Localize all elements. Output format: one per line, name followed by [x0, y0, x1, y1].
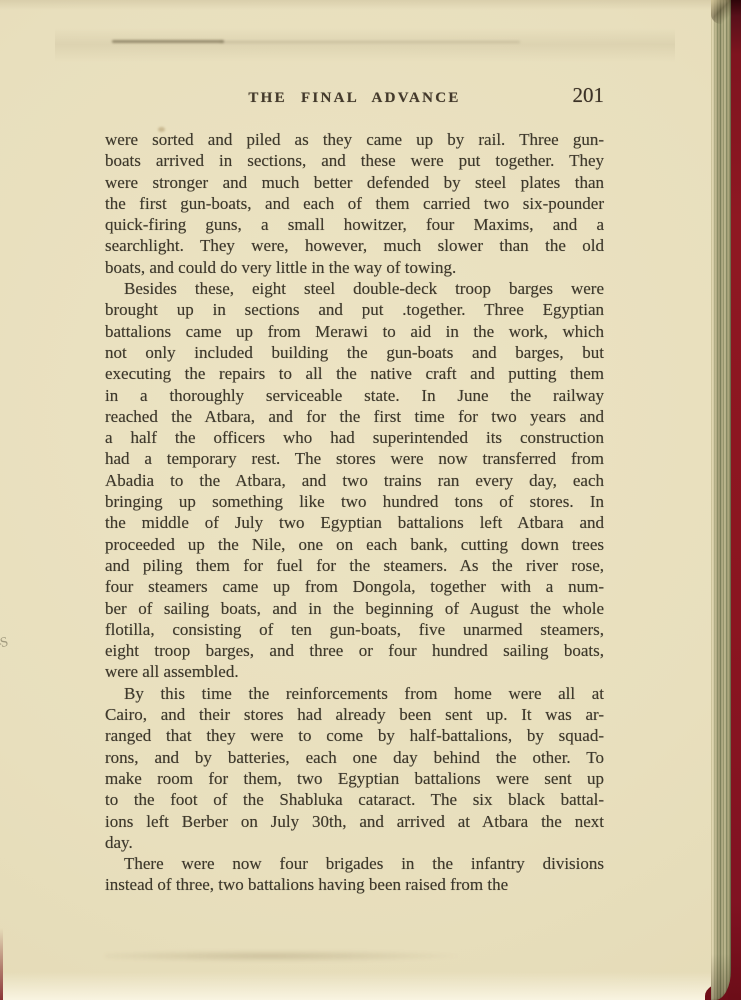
running-title: THE FINAL ADVANCE: [105, 90, 604, 107]
text-line: proceeded up the Nile, one on each bank,…: [105, 534, 604, 555]
text-line: day.: [105, 832, 604, 853]
body-text: were sorted and piled as they came up by…: [105, 129, 604, 896]
text-line: eight troop barges, and three or four hu…: [105, 640, 604, 661]
text-line: and piling them for fuel for the steamer…: [105, 555, 604, 576]
text-line: were all assembled.: [105, 661, 604, 682]
text-line: had a temporary rest. The stores were no…: [105, 448, 604, 469]
text-line: the first gun-boats, and each of them ca…: [105, 193, 604, 214]
text-line: Cairo, and their stores had already been…: [105, 704, 604, 725]
page-crease-line: [112, 40, 224, 43]
text-line: searchlight. They were, however, much sl…: [105, 235, 604, 256]
page-bottom-shadow: [105, 948, 575, 964]
page-stack-fore-edge: [711, 0, 731, 1000]
text-line: ber of sailing boats, and in the beginni…: [105, 598, 604, 619]
page-crease-line-faint: [220, 41, 520, 43]
text-line: were sorted and piled as they came up by…: [105, 129, 604, 150]
text-line: ranged that they were to come by half-ba…: [105, 725, 604, 746]
text-line: ions left Berber on July 30th, and arriv…: [105, 811, 604, 832]
text-line: to the foot of the Shabluka cataract. Th…: [105, 789, 604, 810]
text-line: instead of three, two battalions having …: [105, 874, 604, 895]
cover-edge-left-sliver: [0, 928, 3, 1000]
text-line: in a thoroughly serviceable state. In Ju…: [105, 385, 604, 406]
text-line: not only included building the gun-boats…: [105, 342, 604, 363]
text-line: battalions came up from Merawi to aid in…: [105, 321, 604, 342]
text-line: were stronger and much better defended b…: [105, 172, 604, 193]
text-line: bringing up something like two hundred t…: [105, 491, 604, 512]
page-header: THE FINAL ADVANCE 201: [105, 87, 604, 111]
text-line: executing the repairs to all the native …: [105, 363, 604, 384]
text-line: Abadia to the Atbara, and two trains ran…: [105, 470, 604, 491]
page-top-shadow: [0, 0, 741, 10]
text-line: reached the Atbara, and for the first ti…: [105, 406, 604, 427]
text-line: make room for them, two Egyptian battali…: [105, 768, 604, 789]
page-bottom-highlight: [0, 972, 741, 1000]
text-line: There were now four brigades in the infa…: [105, 853, 604, 874]
text-line: boats arrived in sections, and these wer…: [105, 150, 604, 171]
text-line: the middle of July two Egyptian battalio…: [105, 512, 604, 533]
book-page-scan: -S THE FINAL ADVANCE 201 were sorted and…: [0, 0, 741, 1000]
page-number: 201: [573, 83, 605, 108]
text-line: brought up in sections and put .together…: [105, 299, 604, 320]
text-line: By this time the reinforcements from hom…: [105, 683, 604, 704]
text-line: rons, and by batteries, each one day beh…: [105, 747, 604, 768]
page-crease-shadow: [55, 28, 675, 62]
text-line: Besides these, eight steel double-deck t…: [105, 278, 604, 299]
text-line: flotilla, consisting of ten gun-boats, f…: [105, 619, 604, 640]
text-line: four steamers came up from Dongola, toge…: [105, 576, 604, 597]
text-line: a half the officers who had superintende…: [105, 427, 604, 448]
text-line: boats, and could do very little in the w…: [105, 257, 604, 278]
stray-ink-mark: -S: [0, 635, 9, 653]
text-line: quick-firing guns, a small howitzer, fou…: [105, 214, 604, 235]
